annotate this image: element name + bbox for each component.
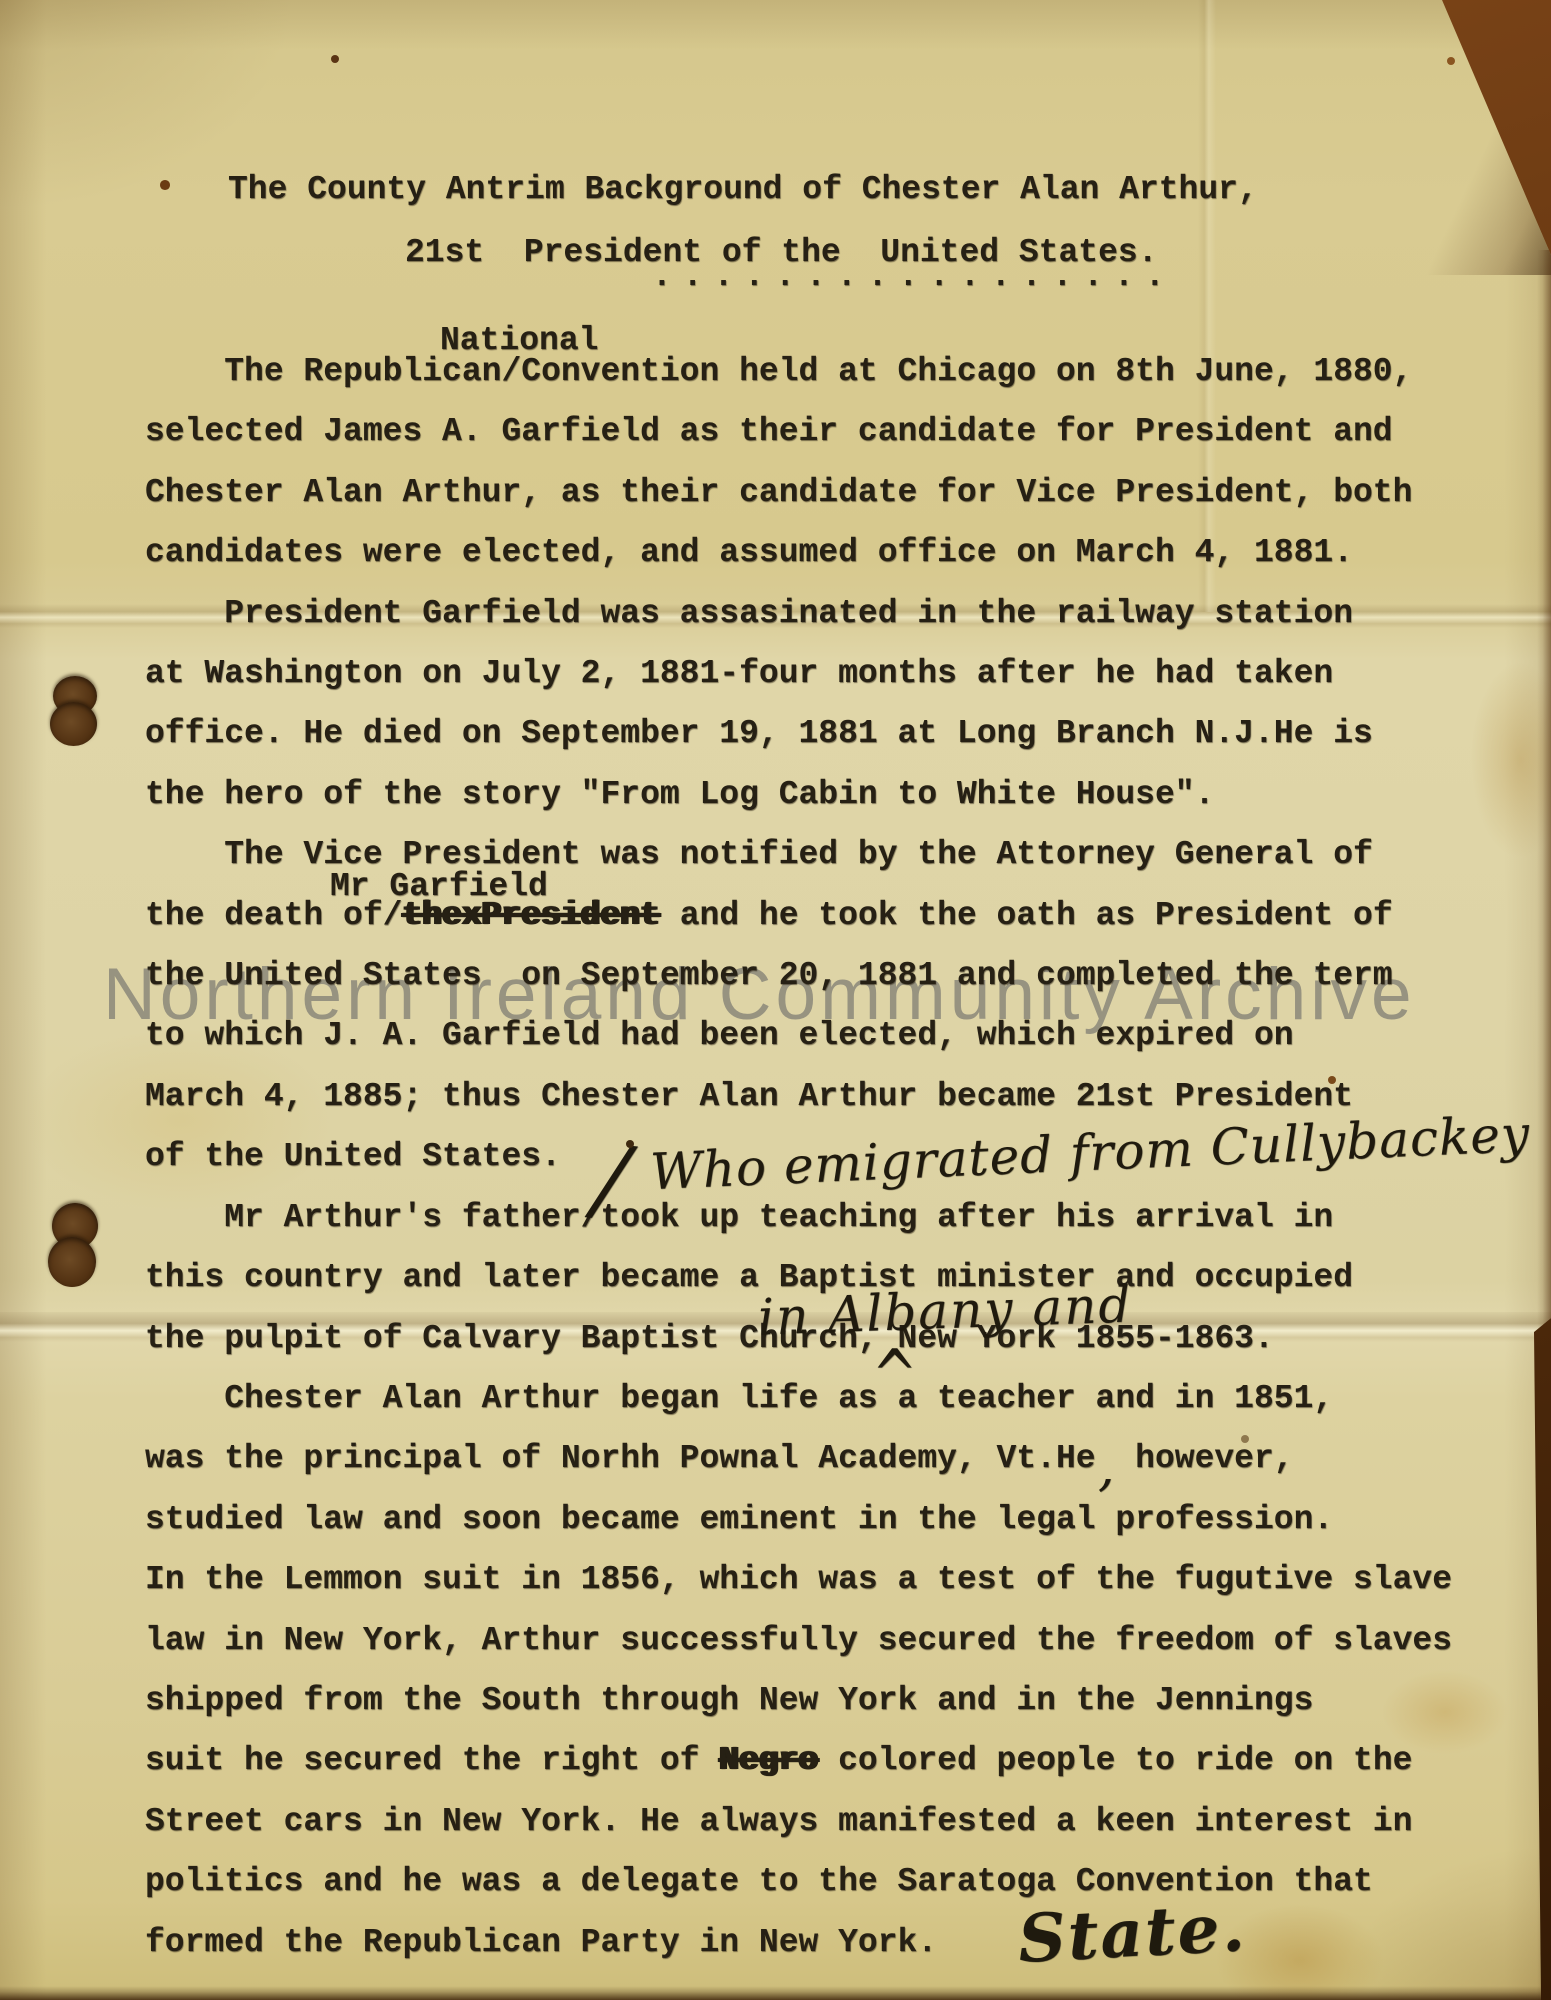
typed-text: formed the Republican Party in New York. — [145, 1924, 937, 1961]
bottom-edge-shadow — [0, 1986, 1551, 2000]
typed-line: Chester Alan Arthur began life as a teac… — [145, 1369, 1452, 1429]
typed-text: of the United States. — [145, 1138, 561, 1175]
typed-line: the United States on September 20, 1881 … — [145, 946, 1452, 1006]
typed-text: the hero of the story "From Log Cabin to… — [145, 776, 1214, 813]
typed-text: and he took the oath as President of — [660, 897, 1393, 934]
typed-text: candidates were elected, and assumed off… — [145, 534, 1353, 571]
right-edge-shade — [1537, 250, 1551, 2000]
typed-line: suit he secured the right of Negro color… — [145, 1731, 1452, 1791]
typed-text: at Washington on July 2, 1881-four month… — [145, 655, 1333, 692]
typed-text: law in New York, Arthur successfully sec… — [145, 1622, 1452, 1659]
typed-line: The Republican/Convention held at Chicag… — [145, 342, 1452, 402]
typed-text: was the principal of Norhh Pownal Academ… — [145, 1440, 1294, 1477]
title-separator-dots: ................. — [652, 257, 1176, 297]
typed-text: Mr Arthur's father/took up teaching afte… — [145, 1199, 1333, 1236]
hole-punch-lobe — [48, 1237, 96, 1287]
handwritten-caret-mark: ^ — [872, 1335, 917, 1417]
typed-insertion-mr-garfield: Mr Garfield — [330, 868, 548, 906]
hole-punch-lobe — [50, 702, 97, 746]
typed-line: In the Lemmon suit in 1856, which was a … — [145, 1550, 1452, 1610]
typed-line: law in New York, Arthur successfully sec… — [145, 1611, 1452, 1671]
typed-line: President Garfield was assasinated in th… — [145, 584, 1452, 644]
paper-specks — [0, 0, 4, 4]
typed-insertion-national: National — [440, 322, 598, 360]
typed-line: to which J. A. Garfield had been elected… — [145, 1006, 1452, 1066]
typed-text: The Republican/Convention held at Chicag… — [145, 353, 1412, 390]
typed-text: this country and later became a Baptist … — [145, 1259, 1353, 1296]
typed-line: the hero of the story "From Log Cabin to… — [145, 765, 1452, 825]
typed-text: March 4, 1885; thus Chester Alan Arthur … — [145, 1078, 1353, 1115]
typed-text: studied law and soon became eminent in t… — [145, 1501, 1333, 1538]
typed-line: formed the Republican Party in New York. — [145, 1913, 1452, 1973]
typed-line: studied law and soon became eminent in t… — [145, 1490, 1452, 1550]
typed-text: colored people to ride on the — [818, 1742, 1412, 1779]
typed-line: was the principal of Norhh Pownal Academ… — [145, 1429, 1452, 1489]
typed-text: office. He died on September 19, 1881 at… — [145, 715, 1373, 752]
typed-line: Mr Arthur's father/took up teaching afte… — [145, 1188, 1452, 1248]
typed-line: office. He died on September 19, 1881 at… — [145, 704, 1452, 764]
typed-line: politics and he was a delegate to the Sa… — [145, 1852, 1452, 1912]
typed-text: shipped from the South through New York … — [145, 1682, 1313, 1719]
typed-text: the United States on September 20, 1881 … — [145, 957, 1393, 994]
document-title-line1: The County Antrim Background of Chester … — [228, 170, 1258, 210]
typed-line: at Washington on July 2, 1881-four month… — [145, 644, 1452, 704]
typed-text: Chester Alan Arthur, as their candidate … — [145, 474, 1412, 511]
paper-sheet: Northern Ireland Community Archive The C… — [0, 0, 1551, 2000]
typed-line: shipped from the South through New York … — [145, 1671, 1452, 1731]
corner-shade — [1400, 0, 1551, 275]
hole-punch-lower — [48, 1203, 100, 1287]
typed-text: selected James A. Garfield as their cand… — [145, 413, 1393, 450]
typed-text: In the Lemmon suit in 1856, which was a … — [145, 1561, 1452, 1598]
typed-text: to which J. A. Garfield had been elected… — [145, 1017, 1294, 1054]
typed-text: President Garfield was assasinated in th… — [145, 595, 1353, 632]
handwritten-comma: , — [1098, 1438, 1115, 1498]
overstruck-word: Negro — [719, 1742, 818, 1779]
typed-line: candidates were elected, and assumed off… — [145, 523, 1452, 583]
typed-line: Chester Alan Arthur, as their candidate … — [145, 463, 1452, 523]
handwritten-insertion-state: State. — [1016, 1888, 1248, 1978]
typed-text: Street cars in New York. He always manif… — [145, 1803, 1412, 1840]
typed-line: Street cars in New York. He always manif… — [145, 1792, 1452, 1852]
typed-text: Chester Alan Arthur began life as a teac… — [145, 1380, 1333, 1417]
scanned-document-page: Northern Ireland Community Archive The C… — [0, 0, 1551, 2000]
hole-punch-upper — [50, 676, 98, 746]
typed-text: suit he secured the right of — [145, 1742, 719, 1779]
typed-line: selected James A. Garfield as their cand… — [145, 402, 1452, 462]
